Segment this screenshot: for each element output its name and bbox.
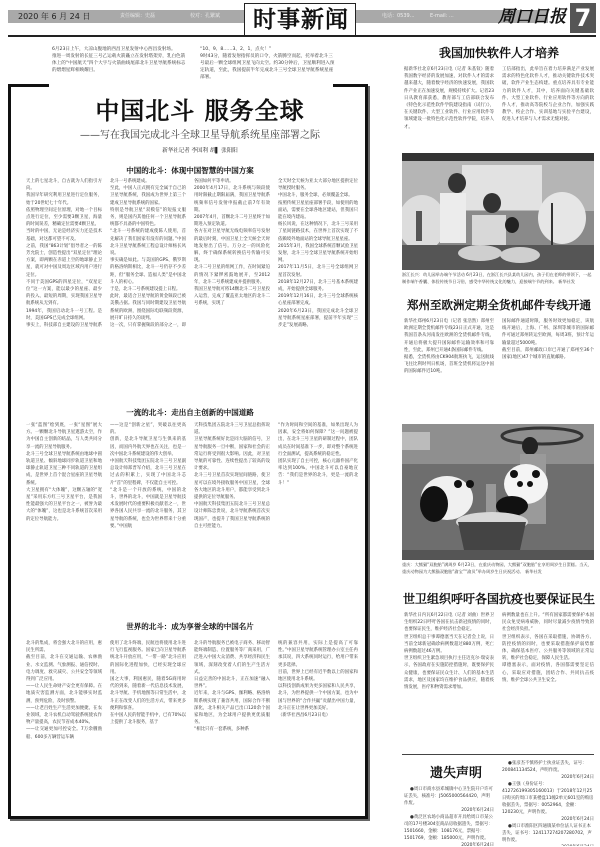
- section-heading-1: 中国的北斗：体现中国智慧的中国方案: [20, 166, 360, 176]
- notice-item: ●王强（身份证号：412726199305160013）于2018年12月25日…: [502, 781, 594, 816]
- software-headline: 我国加快软件人才培养: [402, 44, 596, 62]
- notice-date: 2020年6月24日: [404, 807, 494, 814]
- section1-column-1: 天上的七星北斗，自古就为人们指引方向。 我国早年研究利用卫星进行定位服务，始于2…: [26, 178, 102, 328]
- software-column-1: 据新华社北京6月23日电（记者 朱基钗）随着我国数字经济的发展加速，对软件人才的…: [404, 66, 494, 142]
- section3-column-3: 北斗的导航服务已被电子商务、移动智能终端制造、位置服务等厂商采用，广泛进入中国大…: [194, 640, 270, 810]
- notice-column-left: ●周口市商水县邓城镇中心卫生院开户许可证丢失，核准号：J506500056442…: [404, 786, 494, 846]
- zhengzhou-column-2: 国际邮件通道时限，服务时效更加稳定，该航线开通后，上海、广州、深圳等城市的国际邮…: [502, 318, 594, 422]
- notice-date: 2020年6月24日: [502, 816, 594, 823]
- section-title: 时事新闻: [245, 4, 357, 36]
- software-column-2: 工信部指出，此举旨在着力培养满足产业发展需求的特色化软件人才，推动关键软件技术突…: [502, 66, 594, 142]
- issue-date: 2020 年 6 月 24 日: [18, 10, 90, 23]
- section1-column-2: 北斗一号系统建成。 至此，中国人正式拥有完全属于自己的卫星导航系统，我国成为世界…: [110, 178, 186, 328]
- notice-item: ●周口市淮阳区四通镇某单位法人证书正本丢失，证书号：12411727420728…: [502, 823, 594, 844]
- section2-column-2: ——这是“创新之星”，突破以往更高的。 创新，是北斗导航卫星与生俱来的基因，而国…: [110, 422, 186, 604]
- photo-panda-twins: [402, 424, 594, 560]
- notice-date: 2020年6月24日: [502, 844, 594, 846]
- section1-column-3: 各国如何平等申请。 2000年4月17日，北斗系统与频段使用时限截止期限届满，我…: [194, 178, 270, 328]
- email-info: E-mail: ...: [430, 10, 454, 23]
- section2-column-1: 一张“蓝图”绘到底，一张“星图”展大方。一颗颗北斗导航卫星遨游太空，作为中国自主…: [26, 422, 102, 604]
- notice-item: ●周口市商水县邓城镇中心卫生院开户许可证丢失，核准号：J506500056442…: [404, 786, 494, 807]
- who-column-1: 新华社日内瓦6月22日电（记者 刘曲）世界卫生组织22日呼吁各国在抗击新冠疫情的…: [404, 612, 494, 750]
- section2-column-3: 天科技集团五院北斗三号卫星总指挥说道。 卫星导航系统好比是同大脑的信号，卫星导航…: [194, 422, 270, 604]
- photo-kindergarten-caption: 浙江长兴：幼儿园举办端午节活动 6月23日，在浙江长兴县某幼儿园内，孩子们在老师…: [402, 272, 594, 292]
- notice-item: ●张彦杰不慎将护士执业证丢失，证号：200841134524，声明作废。: [502, 760, 594, 774]
- section1-column-4: 全天时全天候为亚太大部分地区提供定位导航授时服务。 中国北斗，服务全球，必须覆盖…: [278, 178, 358, 328]
- page-number: 7: [570, 3, 596, 33]
- section3-column-2: 使用了北斗终端，民航也将使用北斗进行飞行监视服务。国家已向卫星导航系统北斗开放应…: [110, 640, 186, 810]
- notice-divider: [402, 754, 594, 755]
- section-heading-2: 一流的北斗：走出自主创新的中国道路: [20, 408, 360, 418]
- zhengzhou-headline: 郑州至欧洲定期全货机邮件专线开通: [402, 296, 596, 314]
- notice-item: ●黄泛区农场小商品超市开具给周口市某公司的17号楼304室商品房收据遗失，票据号…: [404, 814, 494, 842]
- paper-name-logo: 周口日报: [498, 5, 566, 29]
- notice-column-right: ●张彦杰不慎将护士执业证丢失，证号：200841134524，声明作废。 202…: [502, 760, 594, 846]
- section-heading-3: 世界的北斗：成为享誉全球的中国名片: [20, 622, 360, 632]
- section3-column-1: 北斗的集成，将会强大北斗的应用，惠民生所需。 截至目前，北斗在交通运输、农林渔业…: [26, 640, 102, 810]
- section2-column-4: “作为时间和空间的基准，如果出现人为因素，安全将如何保障？”这一问题被提出，在北…: [278, 422, 358, 604]
- phone-info: 电话：0539...: [382, 10, 415, 23]
- lost-notice-heading: 遗失声明: [412, 765, 500, 783]
- notice-date: 2020年6月24日: [502, 774, 594, 781]
- intro-paragraph-right: “10、9、8……3、2、1，点火！” 9时43分，随着发射指挥员的口令，火箭腾…: [200, 46, 336, 81]
- section3-column-4: 统的兼容共用，实际上是提高了可靠性。”中国卫星导航系统管理办公室主任冉承其说，四…: [278, 640, 358, 810]
- byline: 新华社记者 李国利 胡▌ 张阳阳: [40, 147, 360, 155]
- who-headline: 世卫组织呼吁各国抗疫也要保证民生: [402, 590, 596, 608]
- page-header: 2020 年 6 月 24 日 责任编辑：史磊 校对：孔繁斌 时事新闻 电话：0…: [0, 0, 600, 40]
- zhengzhou-column-1: 新华社郑州6月23日电（记者 张浩然）郑州至欧洲定期全货机邮件专线23日正式开通…: [404, 318, 494, 422]
- header-rule: [8, 35, 596, 37]
- section-title-box: 时事新闻: [244, 3, 356, 35]
- photo-panda-caption: 重庆：大熊猫“双胞胎”满周岁 6月23日，在重庆动物园，大熊猫“双胞胎”在享用周…: [402, 562, 594, 582]
- editor-credit: 责任编辑：史磊: [120, 10, 155, 23]
- photo-kindergarten-sachets: [402, 153, 594, 270]
- frame-top-gap: [49, 81, 333, 91]
- panda-photo-image: [402, 424, 594, 560]
- main-headline: 中国北斗 服务全球: [40, 95, 360, 127]
- notice-date: 2020年6月24日: [404, 842, 494, 846]
- kindergarten-photo-image: [402, 153, 594, 270]
- proofreader-credit: 校对：孔繁斌: [190, 10, 220, 23]
- main-subheadline: ——写在我国完成北斗全球卫星导航系统星座部署之际: [40, 129, 360, 143]
- who-column-2: 病例数量也在上升。“所有国家都需要保护本国民众免受病毒威胁，同时尽量减少疫情导致…: [502, 612, 594, 750]
- intro-paragraph-left: 6月23日上午，大凉山腹地的西昌卫星发射中心西昌发射场。 推进一周发射的长征三号…: [52, 46, 188, 74]
